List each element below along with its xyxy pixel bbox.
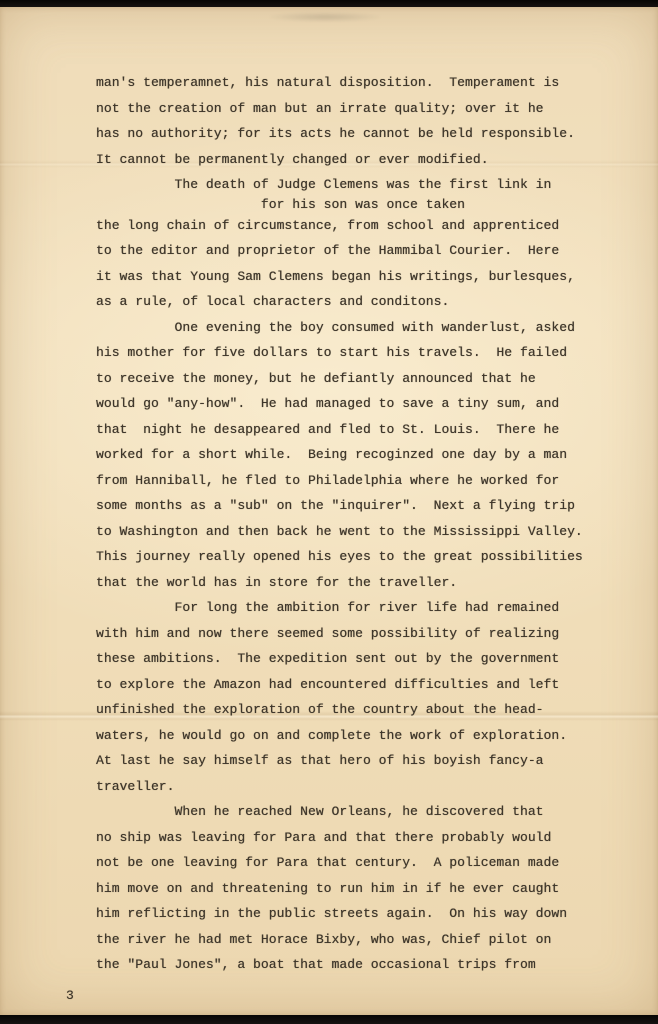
- text-line: some months as a "sub" on the "inquirer"…: [96, 493, 616, 519]
- text-block: man's temperamnet, his natural dispositi…: [96, 70, 616, 978]
- scanned-page: man's temperamnet, his natural dispositi…: [0, 0, 658, 1024]
- interlinear-insertion-line: for his son was once taken: [96, 198, 616, 213]
- text-line: would go "any-how". He had managed to sa…: [96, 391, 616, 417]
- text-line: with him and now there seemed some possi…: [96, 621, 616, 647]
- text-line: him reflicting in the public streets aga…: [96, 901, 616, 927]
- text-line: not the creation of man but an irrate qu…: [96, 96, 616, 122]
- text-line: it was that Young Sam Clemens began his …: [96, 264, 616, 290]
- text-line: from Hanniball, he fled to Philadelphia …: [96, 468, 616, 494]
- text-line: as a rule, of local characters and condi…: [96, 289, 616, 315]
- text-line: has no authority; for its acts he cannot…: [96, 121, 616, 147]
- text-line: unfinished the exploration of the countr…: [96, 697, 616, 723]
- text-line: The death of Judge Clemens was the first…: [96, 172, 616, 198]
- text-line: man's temperamnet, his natural dispositi…: [96, 70, 616, 96]
- text-line: him move on and threatening to run him i…: [96, 876, 616, 902]
- text-line: When he reached New Orleans, he discover…: [96, 799, 616, 825]
- text-line: to receive the money, but he defiantly a…: [96, 366, 616, 392]
- text-line: to Washington and then back he went to t…: [96, 519, 616, 545]
- text-line: One evening the boy consumed with wander…: [96, 315, 616, 341]
- text-line: the river he had met Horace Bixby, who w…: [96, 927, 616, 953]
- text-line: worked for a short while. Being recoginz…: [96, 442, 616, 468]
- text-line: traveller.: [96, 774, 616, 800]
- text-line: these ambitions. The expedition sent out…: [96, 646, 616, 672]
- text-line: that night he desappeared and fled to St…: [96, 417, 616, 443]
- text-line: At last he say himself as that hero of h…: [96, 748, 616, 774]
- text-line: For long the ambition for river life had…: [96, 595, 616, 621]
- pencil-smudge: [270, 12, 380, 22]
- scan-border-bottom: [0, 1015, 658, 1024]
- text-line: the long chain of circumstance, from sch…: [96, 213, 616, 239]
- text-line: his mother for five dollars to start his…: [96, 340, 616, 366]
- text-line: not be one leaving for Para that century…: [96, 850, 616, 876]
- text-line: This journey really opened his eyes to t…: [96, 544, 616, 570]
- text-line: waters, he would go on and complete the …: [96, 723, 616, 749]
- text-line: that the world has in store for the trav…: [96, 570, 616, 596]
- text-line: the "Paul Jones", a boat that made occas…: [96, 952, 616, 978]
- text-line: to explore the Amazon had encountered di…: [96, 672, 616, 698]
- page-number: 3: [66, 983, 74, 1009]
- text-line: to the editor and proprietor of the Hamm…: [96, 238, 616, 264]
- scan-border-top: [0, 0, 658, 7]
- text-line: It cannot be permanently changed or ever…: [96, 147, 616, 173]
- text-line: no ship was leaving for Para and that th…: [96, 825, 616, 851]
